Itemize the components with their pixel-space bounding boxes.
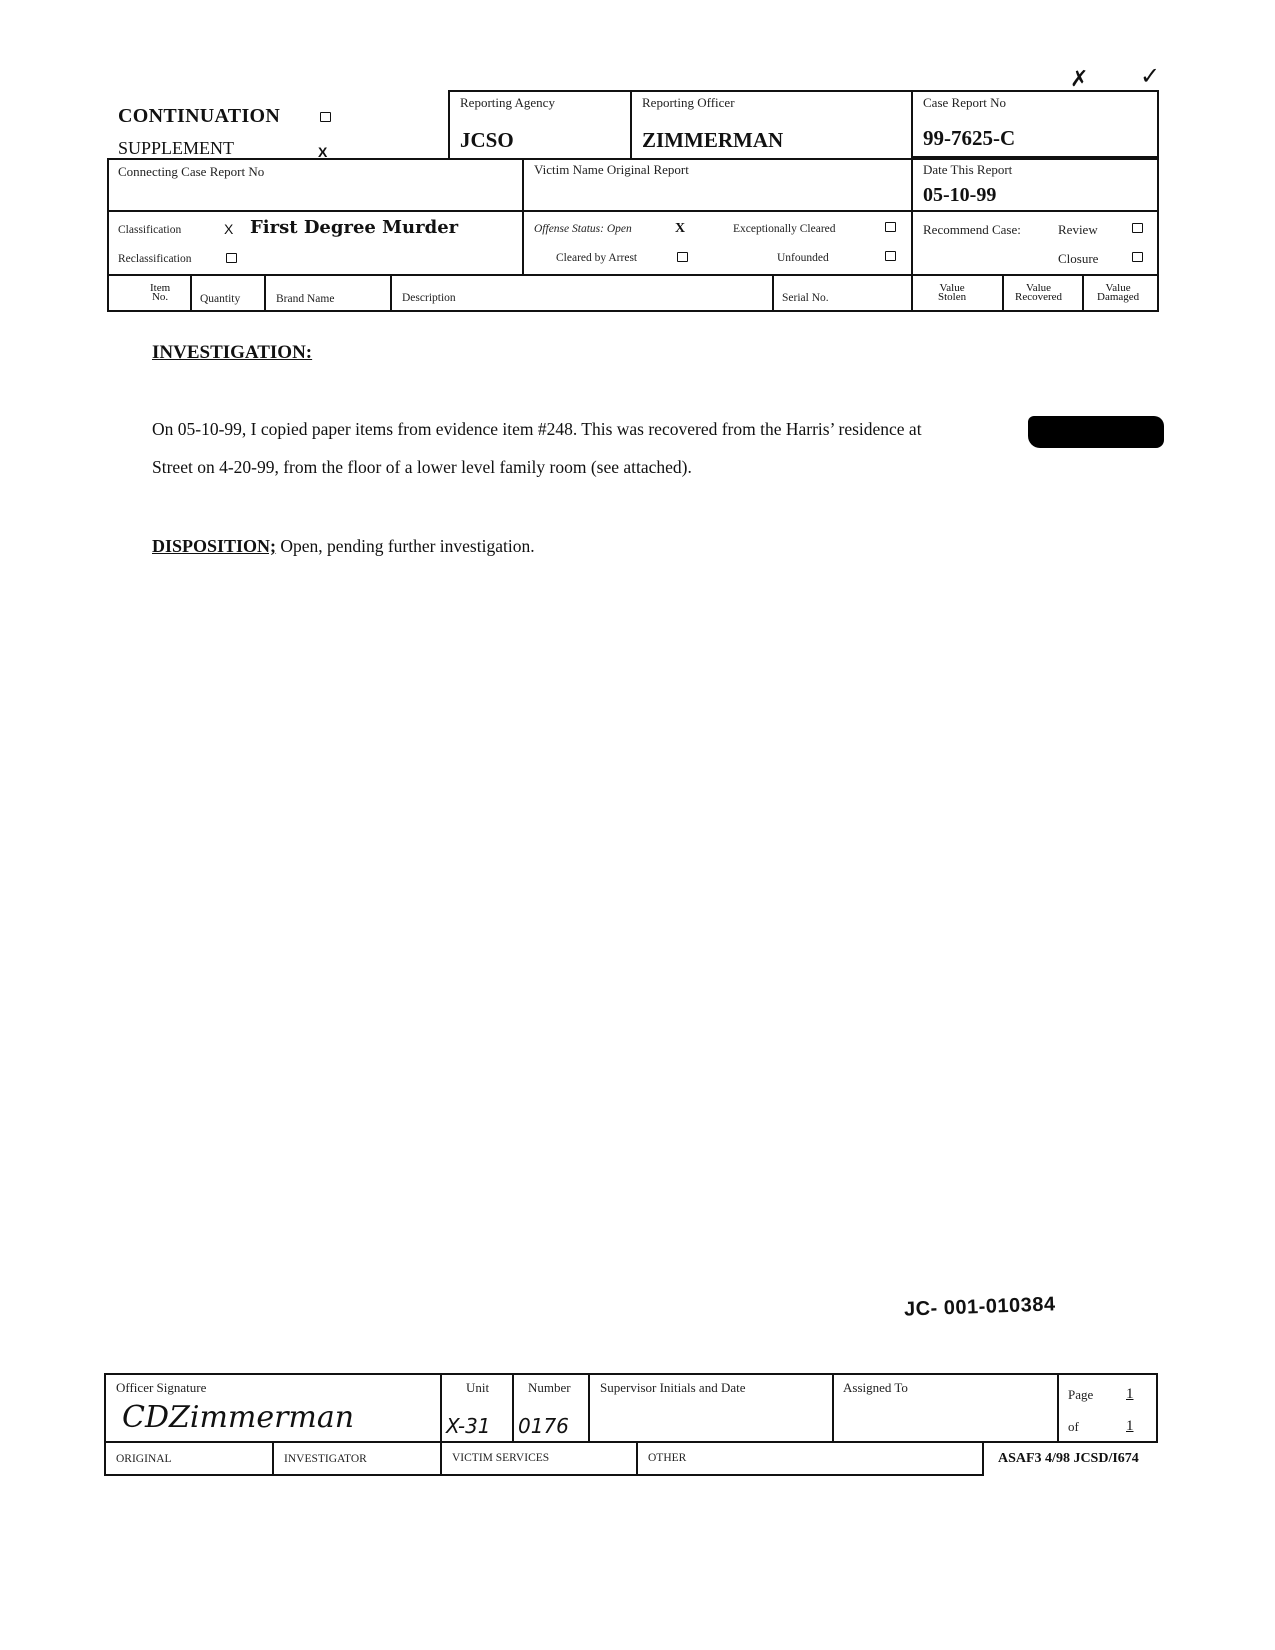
- unfounded-label: Unfounded: [777, 252, 829, 264]
- col-item-no-line2: No.: [150, 293, 170, 302]
- form-code: ASAF3 4/98 JCSD/I674: [998, 1451, 1139, 1467]
- distribution-other: OTHER: [648, 1452, 686, 1464]
- offense-status-label: Offense Status: Open: [534, 223, 632, 235]
- col-value-damaged-line2: Damaged: [1097, 293, 1139, 302]
- unfounded-checkbox[interactable]: [885, 251, 896, 261]
- officer-signature: CDZimmerman: [122, 1400, 354, 1435]
- continuation-checkbox[interactable]: [320, 112, 331, 122]
- supplement-label: SUPPLEMENT: [118, 138, 234, 159]
- offense-open-mark[interactable]: X: [675, 221, 685, 237]
- reporting-agency-label: Reporting Agency: [460, 95, 555, 111]
- cleared-by-arrest-checkbox[interactable]: [677, 252, 688, 262]
- col-value-recovered-line2: Recovered: [1015, 293, 1062, 302]
- classification-label: Classification: [118, 224, 181, 236]
- of-label: of: [1068, 1419, 1079, 1435]
- classification-mark[interactable]: X: [224, 221, 233, 237]
- investigation-line-2: Street on 4-20-99, from the floor of a l…: [152, 448, 692, 486]
- case-report-no-value: 99-7625-C: [923, 126, 1015, 151]
- redaction-block: [1028, 416, 1164, 448]
- unit-label: Unit: [466, 1380, 489, 1396]
- date-this-report-value: 05-10-99: [923, 184, 996, 207]
- reporting-agency-value: JCSO: [460, 128, 514, 153]
- reporting-officer-label: Reporting Officer: [642, 95, 735, 111]
- assigned-to-label: Assigned To: [843, 1380, 908, 1396]
- handwritten-check-mark: ✓: [1140, 62, 1160, 91]
- exceptionally-cleared-label: Exceptionally Cleared: [733, 223, 836, 235]
- review-label: Review: [1058, 222, 1098, 238]
- distribution-victim-services: VICTIM SERVICES: [452, 1452, 549, 1464]
- col-serial-no: Serial No.: [782, 292, 829, 304]
- col-value-stolen: Value Stolen: [938, 284, 966, 302]
- number-label: Number: [528, 1380, 571, 1396]
- investigation-heading: INVESTIGATION:: [152, 342, 312, 364]
- col-value-damaged: Value Damaged: [1097, 284, 1139, 302]
- distribution-original: ORIGINAL: [116, 1453, 172, 1465]
- handwritten-x-mark: ✗: [1070, 66, 1088, 92]
- supervisor-label: Supervisor Initials and Date: [600, 1380, 746, 1396]
- disposition-paragraph: DISPOSITION; Open, pending further inves…: [152, 527, 535, 565]
- classification-value: First Degree Murder: [250, 217, 458, 238]
- col-brand-name: Brand Name: [276, 293, 334, 305]
- col-quantity: Quantity: [200, 293, 240, 305]
- closure-label: Closure: [1058, 251, 1098, 267]
- col-description: Description: [402, 292, 456, 304]
- number-value: 0176: [518, 1414, 569, 1438]
- distribution-investigator: INVESTIGATOR: [284, 1453, 367, 1465]
- continuation-label: CONTINUATION: [118, 105, 280, 128]
- victim-name-label: Victim Name Original Report: [534, 162, 689, 178]
- page-value: 1: [1126, 1386, 1134, 1403]
- date-this-report-label: Date This Report: [923, 162, 1012, 178]
- bates-stamp: JC- 001-010384: [904, 1293, 1056, 1321]
- page-label: Page: [1068, 1387, 1093, 1403]
- closure-checkbox[interactable]: [1132, 252, 1143, 262]
- reclassification-label: Reclassification: [118, 253, 191, 265]
- exceptionally-cleared-checkbox[interactable]: [885, 222, 896, 232]
- cleared-by-arrest-label: Cleared by Arrest: [556, 252, 637, 264]
- officer-signature-label: Officer Signature: [116, 1380, 206, 1396]
- recommend-case-label: Recommend Case:: [923, 222, 1021, 238]
- of-value: 1: [1126, 1418, 1134, 1435]
- reclassification-checkbox[interactable]: [226, 253, 237, 263]
- col-item-no: Item No.: [150, 284, 170, 302]
- col-value-recovered: Value Recovered: [1015, 284, 1062, 302]
- unit-value: X-31: [446, 1414, 491, 1438]
- investigation-line-1: On 05-10-99, I copied paper items from e…: [152, 410, 922, 448]
- case-report-no-label: Case Report No: [923, 95, 1006, 111]
- connecting-case-label: Connecting Case Report No: [118, 164, 264, 180]
- review-checkbox[interactable]: [1132, 223, 1143, 233]
- disposition-heading: DISPOSITION;: [152, 536, 276, 556]
- disposition-text: Open, pending further investigation.: [276, 536, 535, 556]
- reporting-officer-value: ZIMMERMAN: [642, 128, 783, 153]
- col-value-stolen-line2: Stolen: [938, 293, 966, 302]
